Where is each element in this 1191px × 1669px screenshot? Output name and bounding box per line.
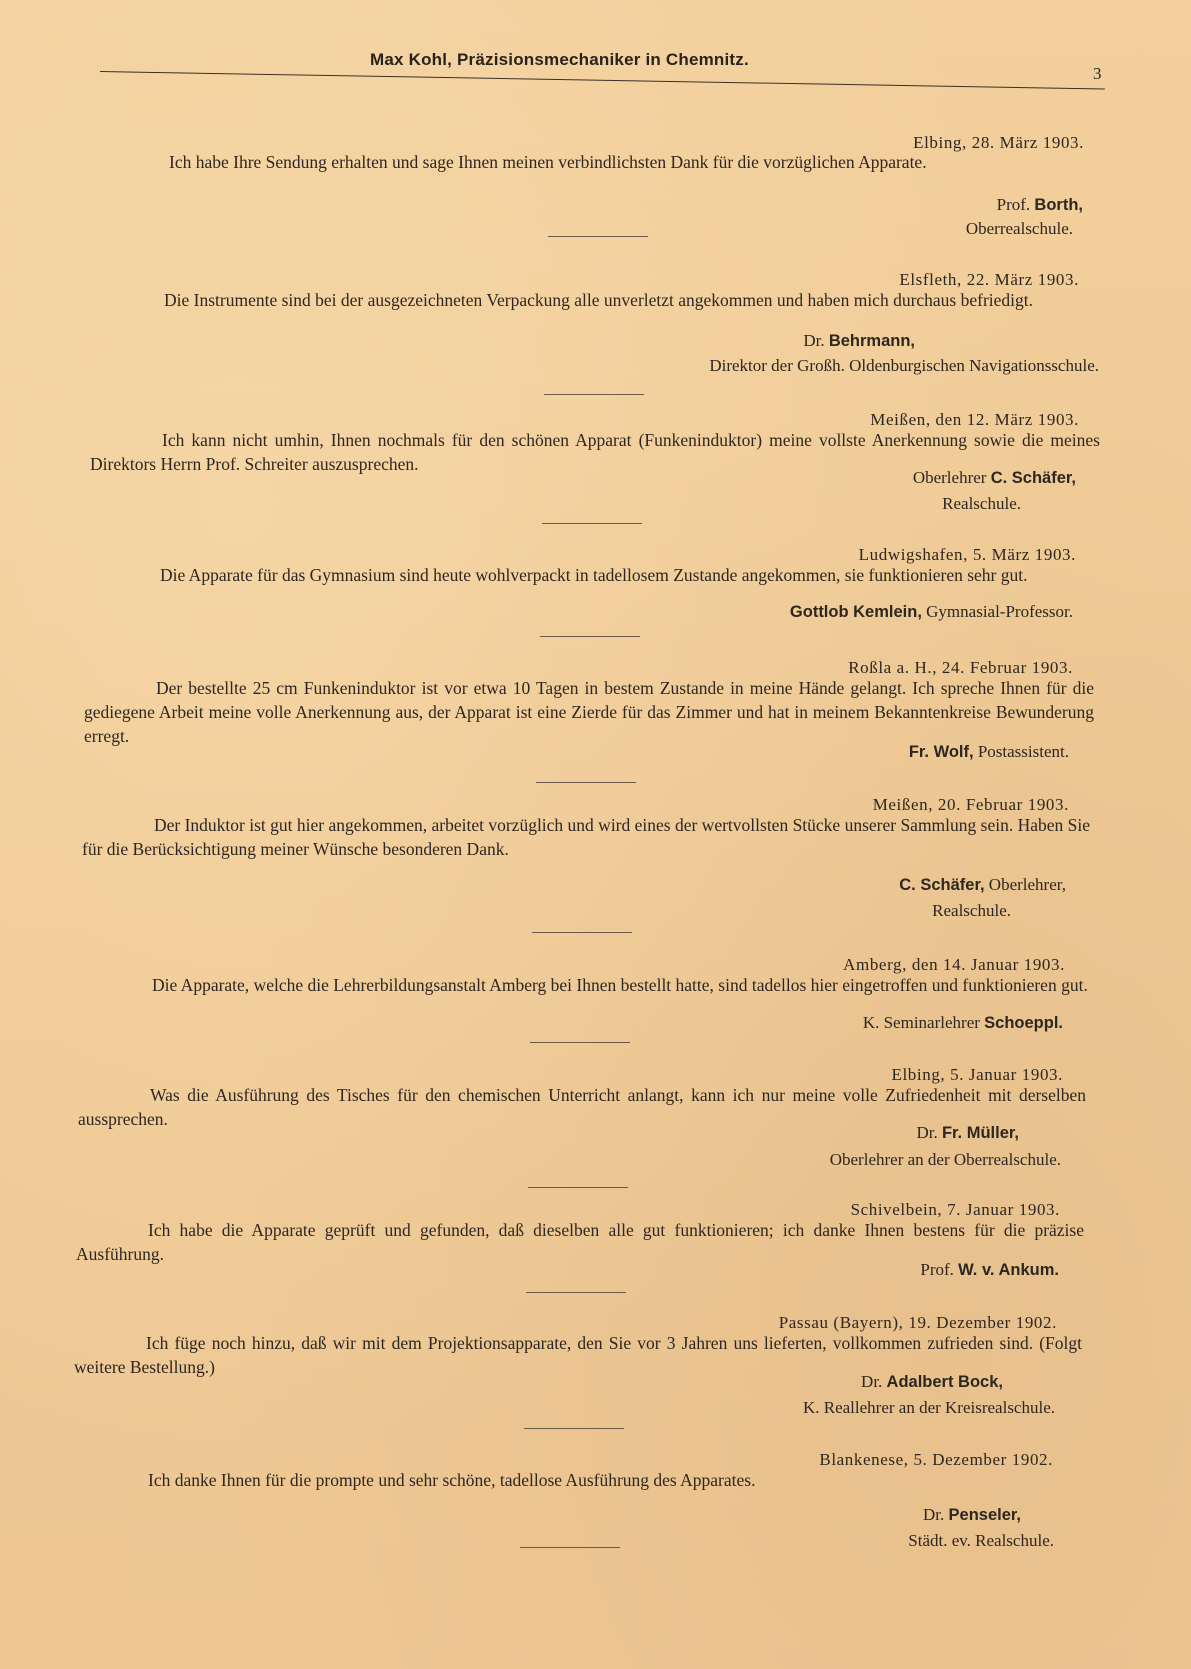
testimonial-signature: Gottlob Kemlein, Gymnasial-Professor. bbox=[790, 602, 1073, 622]
document-page: Max Kohl, Präzisionsmechaniker in Chemni… bbox=[0, 0, 1191, 1669]
testimonial-date: Ludwigshafen, 5. März 1903. bbox=[859, 545, 1076, 565]
testimonial-date: Amberg, den 14. Januar 1903. bbox=[843, 955, 1065, 975]
signature-prefix: Oberlehrer bbox=[913, 468, 987, 487]
signature-prefix: Prof. bbox=[920, 1260, 954, 1279]
testimonial-date: Passau (Bayern), 19. Dezember 1902. bbox=[779, 1313, 1057, 1333]
testimonial-affiliation: K. Reallehrer an der Kreisrealschule. bbox=[803, 1398, 1055, 1418]
testimonial-date: Meißen, den 12. März 1903. bbox=[870, 410, 1079, 430]
testimonial-text: Der bestellte 25 cm Funkeninduktor ist v… bbox=[84, 676, 1094, 748]
separator-rule bbox=[548, 236, 648, 237]
signature-name: Borth, bbox=[1034, 196, 1083, 214]
testimonial-text-content: Ich danke Ihnen für die prompte und sehr… bbox=[148, 1470, 755, 1490]
testimonial-text-content: Ich füge noch hinzu, daß wir mit dem Pro… bbox=[74, 1333, 1082, 1377]
testimonial-date: Elsfleth, 22. März 1903. bbox=[899, 270, 1079, 290]
separator-rule bbox=[532, 932, 632, 933]
signature-name: Penseler, bbox=[949, 1506, 1021, 1524]
testimonial-affiliation: Realschule. bbox=[932, 901, 1011, 921]
separator-rule bbox=[540, 636, 640, 637]
signature-name: Gottlob Kemlein, bbox=[790, 603, 922, 621]
testimonial-text: Ich danke Ihnen für die prompte und sehr… bbox=[78, 1468, 1086, 1492]
signature-prefix: Dr. bbox=[923, 1505, 944, 1524]
signature-prefix: K. Seminarlehrer bbox=[863, 1013, 980, 1032]
testimonial-signature: Fr. Wolf, Postassistent. bbox=[909, 742, 1069, 762]
testimonial-affiliation: Städt. ev. Realschule. bbox=[908, 1531, 1054, 1551]
testimonial-signature: C. Schäfer, Oberlehrer, bbox=[899, 875, 1066, 895]
signature-suffix: Postassistent. bbox=[978, 742, 1069, 761]
testimonial-signature: Dr. Behrmann, bbox=[803, 331, 915, 351]
testimonial-date: Elbing, 5. Januar 1903. bbox=[892, 1065, 1064, 1085]
testimonial-date: Meißen, 20. Februar 1903. bbox=[873, 795, 1069, 815]
separator-rule bbox=[526, 1292, 626, 1293]
testimonial-date: Roßla a. H., 24. Februar 1903. bbox=[848, 658, 1073, 678]
testimonial-text-content: Die Apparate, welche die Lehrerbildungsa… bbox=[152, 975, 1088, 995]
running-header: Max Kohl, Präzisionsmechaniker in Chemni… bbox=[370, 50, 749, 70]
header-rule bbox=[100, 71, 1105, 91]
separator-rule bbox=[520, 1547, 620, 1548]
testimonial-date: Schivelbein, 7. Januar 1903. bbox=[851, 1200, 1060, 1220]
testimonial-text: Ich habe Ihre Sendung erhalten und sage … bbox=[97, 150, 1102, 174]
page-number: 3 bbox=[1093, 64, 1102, 84]
signature-suffix: Oberlehrer, bbox=[989, 875, 1066, 894]
signature-name: Schoeppl. bbox=[984, 1014, 1063, 1032]
signature-prefix: Dr. bbox=[803, 331, 824, 350]
separator-rule bbox=[544, 394, 644, 395]
testimonial-signature: Prof. W. v. Ankum. bbox=[920, 1260, 1059, 1280]
signature-name: C. Schäfer, bbox=[899, 876, 984, 894]
testimonial-text-content: Die Apparate für das Gymnasium sind heut… bbox=[160, 565, 1027, 585]
testimonial-text: Die Apparate für das Gymnasium sind heut… bbox=[88, 563, 1096, 587]
signature-prefix: Dr. bbox=[861, 1372, 882, 1391]
testimonial-affiliation: Oberrealschule. bbox=[966, 219, 1073, 239]
signature-name: Fr. Wolf, bbox=[909, 743, 974, 761]
separator-rule bbox=[542, 523, 642, 524]
testimonial-affiliation: Realschule. bbox=[942, 494, 1021, 514]
separator-rule bbox=[530, 1042, 630, 1043]
testimonial-affiliation: Oberlehrer an der Oberrealschule. bbox=[830, 1150, 1061, 1170]
separator-rule bbox=[524, 1428, 624, 1429]
signature-name: Behrmann, bbox=[829, 332, 915, 350]
testimonial-text: Die Instrumente sind bei der ausgezeichn… bbox=[92, 288, 1102, 312]
signature-name: C. Schäfer, bbox=[991, 469, 1076, 487]
signature-name: Fr. Müller, bbox=[942, 1124, 1019, 1142]
testimonial-signature: K. Seminarlehrer Schoeppl. bbox=[863, 1013, 1063, 1033]
testimonial-text-content: Der Induktor ist gut hier angekommen, ar… bbox=[82, 815, 1090, 859]
testimonial-date: Blankenese, 5. Dezember 1902. bbox=[819, 1450, 1053, 1470]
testimonial-signature: Prof. Borth, bbox=[997, 195, 1083, 215]
separator-rule bbox=[528, 1187, 628, 1188]
testimonial-signature: Oberlehrer C. Schäfer, bbox=[913, 468, 1076, 488]
testimonial-text: Der Induktor ist gut hier angekommen, ar… bbox=[82, 813, 1090, 861]
testimonial-text-content: Der bestellte 25 cm Funkeninduktor ist v… bbox=[84, 678, 1094, 746]
testimonial-signature: Dr. Fr. Müller, bbox=[916, 1123, 1019, 1143]
testimonial-text-content: Ich habe die Apparate geprüft und gefund… bbox=[76, 1220, 1084, 1264]
testimonial-text: Die Apparate, welche die Lehrerbildungsa… bbox=[80, 973, 1088, 997]
separator-rule bbox=[536, 782, 636, 783]
testimonial-signature: Dr. Penseler, bbox=[923, 1505, 1021, 1525]
testimonial-text-content: Ich habe Ihre Sendung erhalten und sage … bbox=[169, 152, 927, 172]
signature-name: Adalbert Bock, bbox=[887, 1373, 1003, 1391]
testimonial-text-content: Die Instrumente sind bei der ausgezeichn… bbox=[164, 290, 1033, 310]
testimonial-signature: Dr. Adalbert Bock, bbox=[861, 1372, 1003, 1392]
signature-prefix: Prof. bbox=[997, 195, 1031, 214]
signature-prefix: Dr. bbox=[916, 1123, 937, 1142]
signature-suffix: Gymnasial-Professor. bbox=[926, 602, 1073, 621]
signature-name: W. v. Ankum. bbox=[958, 1261, 1059, 1279]
testimonial-affiliation: Direktor der Großh. Oldenburgischen Navi… bbox=[709, 356, 1099, 376]
testimonial-text: Ich habe die Apparate geprüft und gefund… bbox=[76, 1218, 1084, 1266]
